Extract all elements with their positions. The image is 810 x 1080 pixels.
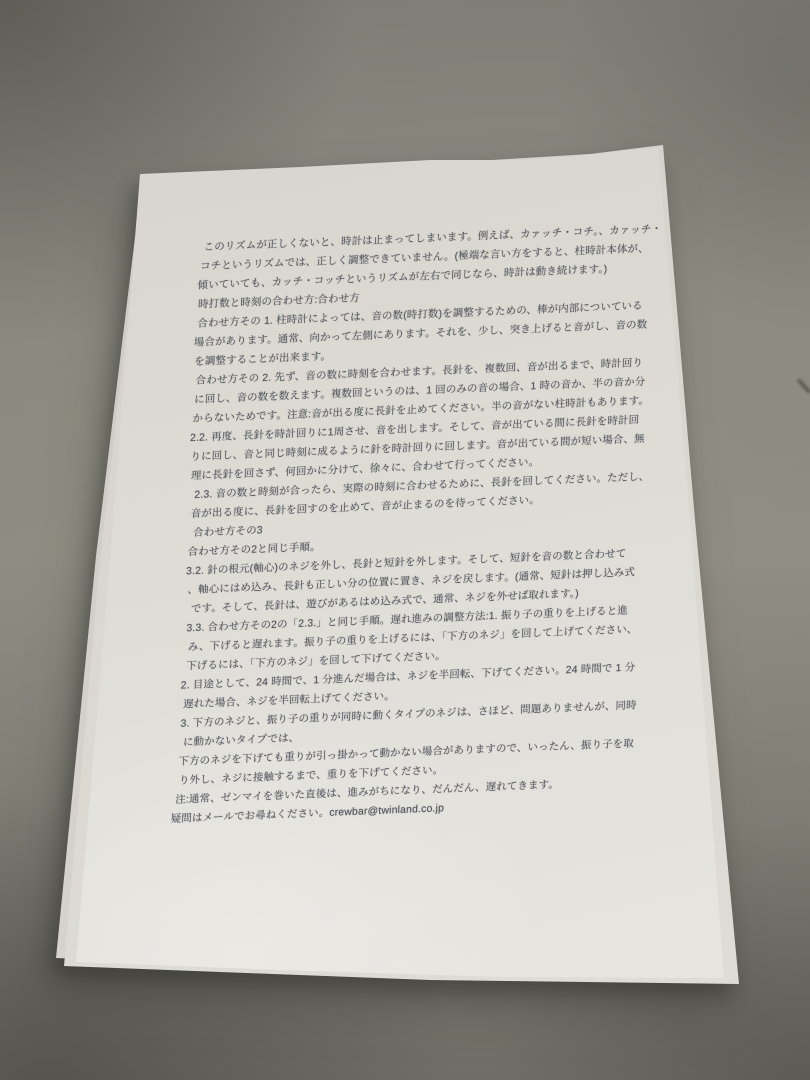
paper-sheet-top: このリズムが正しくないと、時計は止まってしまいます。例えば、カァッチ・コチ。、カ… <box>0 0 810 1080</box>
document-body: このリズムが正しくないと、時計は止まってしまいます。例えば、カァッチ・コチ。、カ… <box>170 220 663 829</box>
paper-stack: このリズムが正しくないと、時計は止まってしまいます。例えば、カァッチ・コチ。、カ… <box>0 0 810 1080</box>
